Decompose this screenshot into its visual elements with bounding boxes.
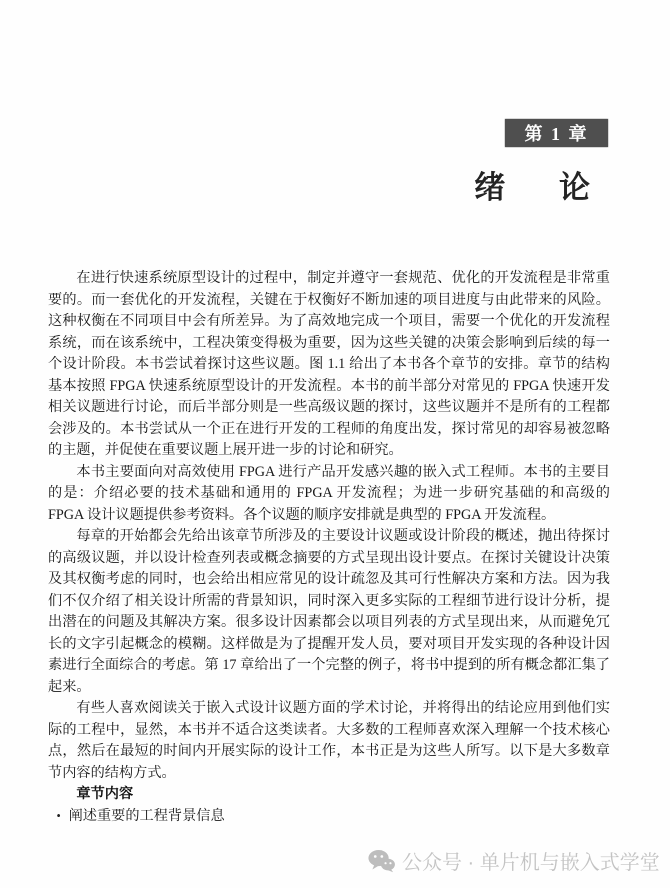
chapter-number-badge: 第 1 章 — [505, 119, 608, 147]
paragraph-4: 有些人喜欢阅读关于嵌入式设计议题方面的学术讨论，并将得出的结论应用到他们实际的工… — [48, 698, 610, 784]
chapter-title: 绪 论 — [474, 162, 590, 207]
paragraph-2: 本书主要面向对高效使用 FPGA 进行产品开发感兴趣的嵌入式工程师。本书的主要目… — [48, 462, 610, 527]
list-item-text: 阐述重要的工程背景信息 — [69, 808, 225, 824]
paragraph-3: 每章的开始都会先给出该章节所涉及的主要设计议题或设计阶段的概述，抛出待探讨的高级… — [48, 526, 610, 698]
body-text-block: 在进行快速系统原型设计的过程中，制定并遵守一套规范、优化的开发流程是非常重要的。… — [48, 268, 610, 827]
list-item: •阐述重要的工程背景信息 — [48, 806, 610, 828]
bullet-marker: • — [57, 806, 69, 828]
watermark: 公众号 · 单片机与嵌入式学堂 — [368, 846, 660, 875]
wechat-icon — [368, 849, 395, 873]
watermark-text: 公众号 · 单片机与嵌入式学堂 — [402, 846, 660, 875]
section-header: 章节内容 — [48, 784, 610, 806]
paragraph-1: 在进行快速系统原型设计的过程中，制定并遵守一套规范、优化的开发流程是非常重要的。… — [48, 268, 610, 462]
book-page: 第 1 章 绪 论 在进行快速系统原型设计的过程中，制定并遵守一套规范、优化的开… — [0, 0, 670, 888]
